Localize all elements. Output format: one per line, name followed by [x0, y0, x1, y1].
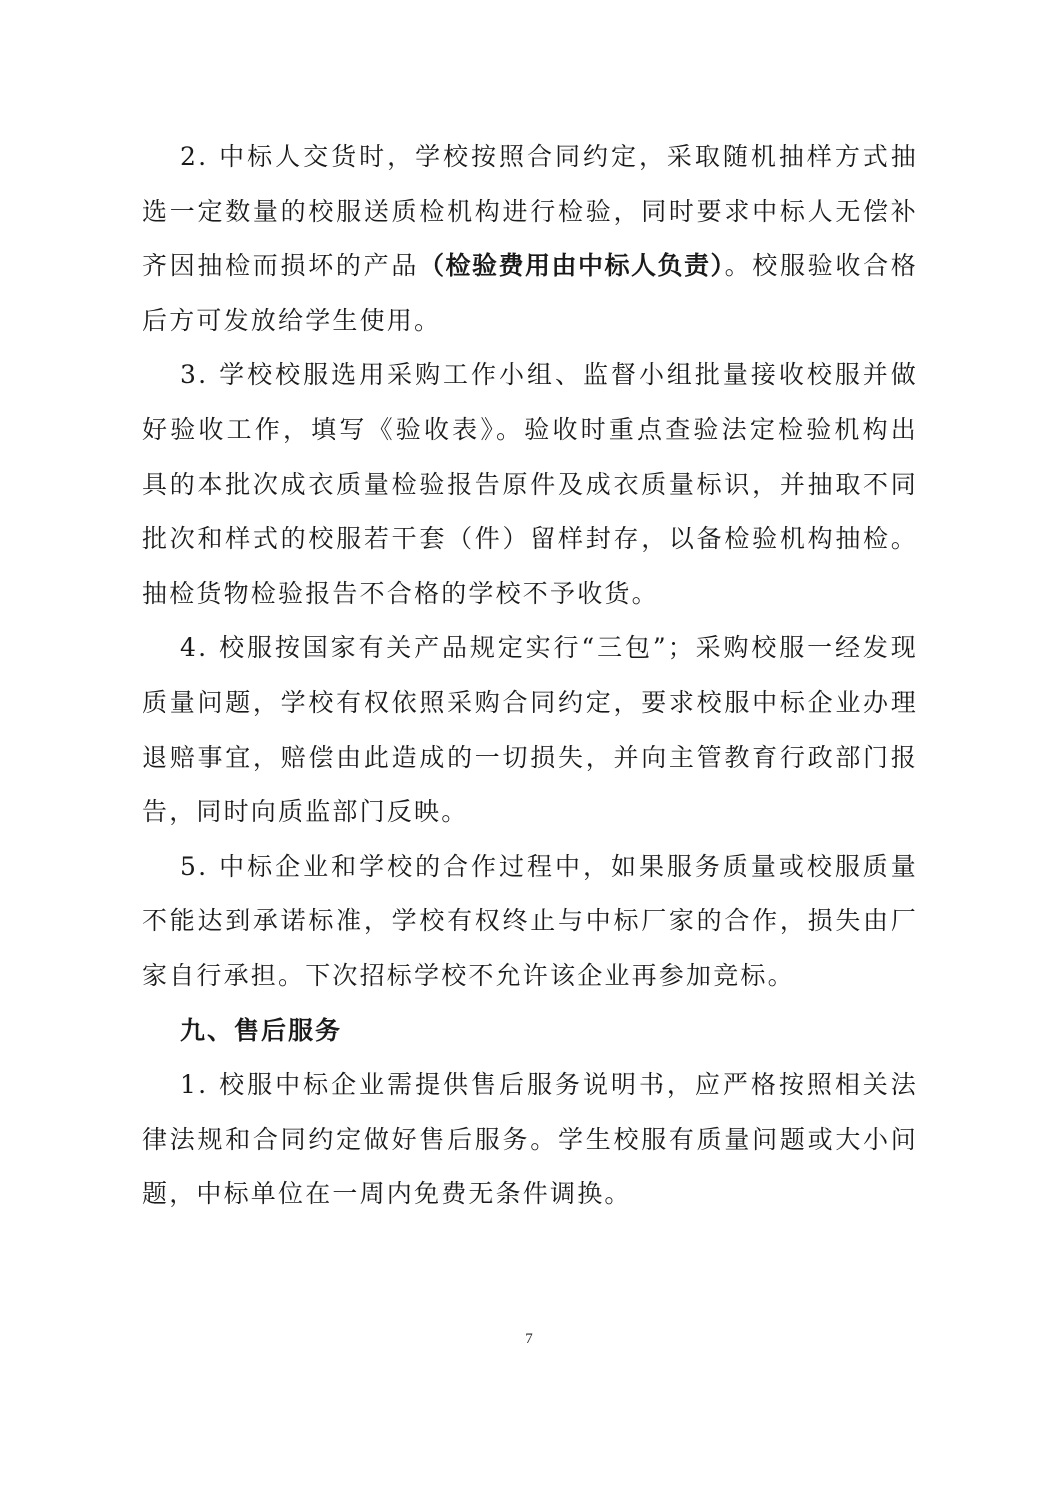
paragraph-5: 5. 中标企业和学校的合作过程中，如果服务质量或校服质量不能达到承诺标准，学校有… — [142, 840, 918, 1004]
paragraph-2: 2. 中标人交货时，学校按照合同约定，采取随机抽样方式抽选一定数量的校服送质检机… — [142, 130, 918, 348]
document-page: 2. 中标人交货时，学校按照合同约定，采取随机抽样方式抽选一定数量的校服送质检机… — [142, 130, 918, 1222]
paragraph-3: 3. 学校校服选用采购工作小组、监督小组批量接收校服并做好验收工作，填写《验收表… — [142, 348, 918, 621]
after-sales-paragraph-1: 1. 校服中标企业需提供售后服务说明书，应严格按照相关法律法规和合同约定做好售后… — [142, 1058, 918, 1222]
paragraph-4: 4. 校服按国家有关产品规定实行“三包”；采购校服一经发现质量问题，学校有权依照… — [142, 621, 918, 839]
section-heading: 九、售后服务 — [142, 1004, 918, 1059]
page-number: 7 — [0, 1331, 1058, 1348]
inspection-fee-note: （检验费用由中标人负责） — [419, 251, 725, 280]
